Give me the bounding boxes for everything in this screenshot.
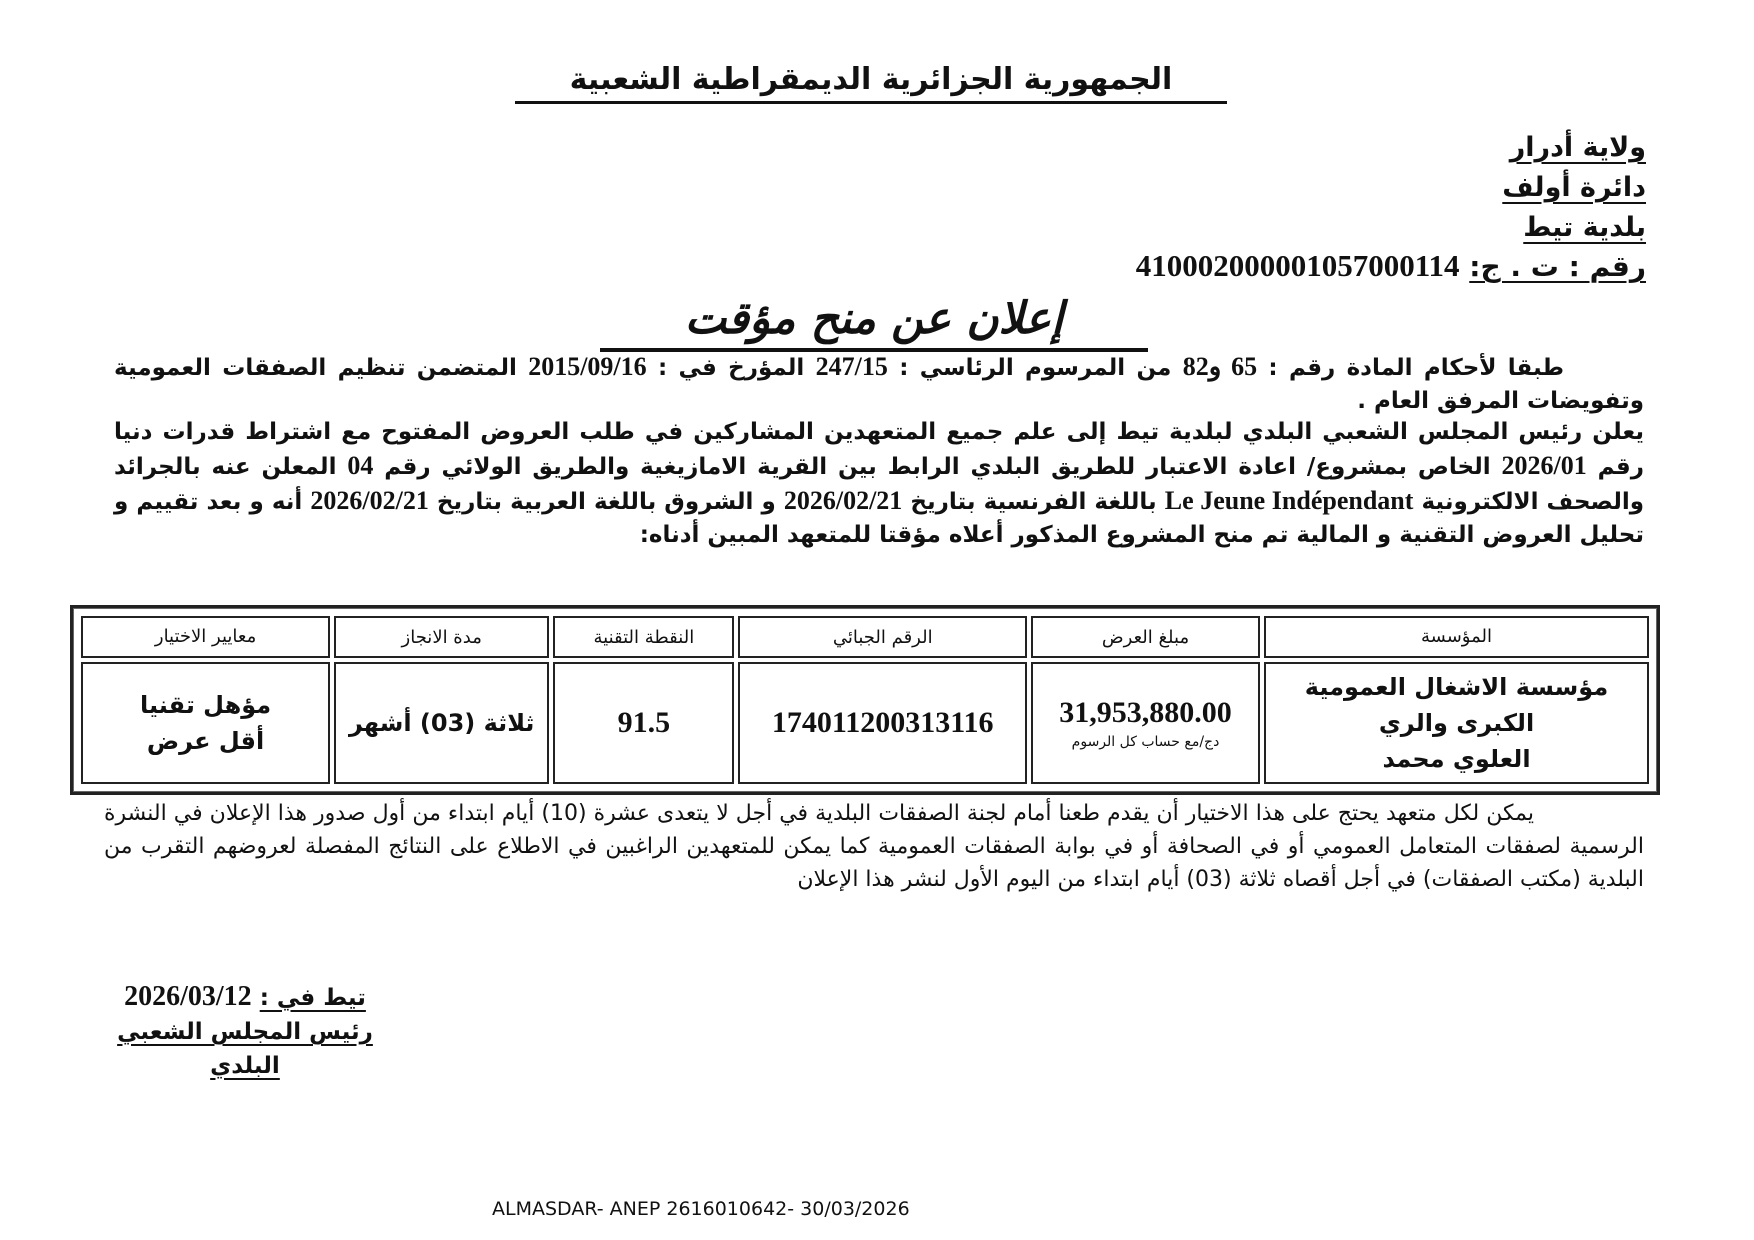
wilaya-label: ولاية أدرار <box>1502 128 1646 168</box>
signature-date: 2026/03/12 <box>124 981 252 1012</box>
intro-text: طبقا لأحكام المادة رقم : <box>1257 355 1564 381</box>
announcement-page: الجمهورية الجزائرية الديمقراطية الشعبية … <box>0 0 1754 1240</box>
criteria-line: أقل عرض <box>84 723 327 759</box>
header-company: المؤسسة <box>1264 616 1649 658</box>
appeal-paragraph: يمكن لكل متعهد يحتج على هذا الاختيار أن … <box>104 797 1644 896</box>
decree-date: 2015/09/16 <box>528 352 646 381</box>
tax-id-value: 174011200313116 <box>772 706 994 739</box>
appeal-text: يمكن لكل متعهد يحتج على هذا الاختيار أن … <box>104 801 1644 892</box>
header-duration: مدة الانجاز <box>334 616 549 658</box>
tech-score-value: 91.5 <box>618 706 671 739</box>
publication-date-fr: 2026/02/21 <box>784 486 902 515</box>
amount-value: 31,953,880.00 <box>1059 696 1232 729</box>
award-table-frame: المؤسسة مبلغ العرض الرقم الجبائي النقطة … <box>70 605 1660 795</box>
cell-criteria: مؤهل تقنيا أقل عرض <box>81 662 330 784</box>
intro-text: من المرسوم الرئاسي : <box>888 355 1183 381</box>
publication-footer: ALMASDAR- ANEP 2616010642- 30/03/2026 <box>492 1198 910 1220</box>
award-table: المؤسسة مبلغ العرض الرقم الجبائي النقطة … <box>77 612 1653 788</box>
intro-text: المؤرخ في : <box>647 355 816 381</box>
header-tech-score: النقطة التقنية <box>553 616 734 658</box>
cell-amount: 31,953,880.00 دج/مع حساب كل الرسوم <box>1031 662 1260 784</box>
road-number: 04 <box>347 451 373 480</box>
reference-label: رقم : ت . ج: <box>1469 250 1646 283</box>
commune-label: بلدية تيط <box>1502 208 1646 248</box>
daira-label: دائرة أولف <box>1502 168 1646 208</box>
cell-company: مؤسسة الاشغال العمومية الكبرى والري العل… <box>1264 662 1649 784</box>
articles-value: 65 و82 <box>1183 352 1257 381</box>
company-name-line: مؤسسة الاشغال العمومية <box>1267 669 1646 705</box>
body-paragraph: يعلن رئيس المجلس الشعبي البلدي لبلدية تي… <box>114 416 1644 552</box>
signer-title: رئيس المجلس الشعبي البلدي <box>90 1015 400 1083</box>
header-criteria: معايير الاختيار <box>81 616 330 658</box>
reference-number: رقم : ت . ج: 410002000001057000114 <box>1136 248 1646 284</box>
company-name-line: العلوي محمد <box>1267 741 1646 777</box>
signature-block: تيط في : 2026/03/12 رئيس المجلس الشعبي ا… <box>90 980 400 1083</box>
header-amount: مبلغ العرض <box>1031 616 1260 658</box>
body-text: الخاص بمشروع/ اعادة الاعتبار للطريق البل… <box>373 454 1501 480</box>
body-text: باللغة الفرنسية بتاريخ <box>902 489 1164 515</box>
criteria-line: مؤهل تقنيا <box>84 687 327 723</box>
decree-number: 247/15 <box>816 352 888 381</box>
place-label: تيط في : <box>260 985 366 1011</box>
reference-value: 410002000001057000114 <box>1136 248 1460 283</box>
cell-duration: ثلاثة (03) أشهر <box>334 662 549 784</box>
tender-number: 2026/01 <box>1502 451 1587 480</box>
table-row: مؤسسة الاشغال العمومية الكبرى والري العل… <box>81 662 1649 784</box>
header-tax-id: الرقم الجبائي <box>738 616 1027 658</box>
cell-tax-id: 174011200313116 <box>738 662 1027 784</box>
newspaper-name: Le Jeune Indépendant <box>1165 486 1414 515</box>
company-name-line: الكبرى والري <box>1267 705 1646 741</box>
table-header-row: المؤسسة مبلغ العرض الرقم الجبائي النقطة … <box>81 616 1649 658</box>
body-text: و الشروق باللغة العربية بتاريخ <box>429 489 784 515</box>
page-title: إعلان عن منح مؤقت <box>600 290 1148 352</box>
cell-tech-score: 91.5 <box>553 662 734 784</box>
amount-note: دج/مع حساب كل الرسوم <box>1034 734 1257 750</box>
publication-date-ar: 2026/02/21 <box>310 486 428 515</box>
republic-heading: الجمهورية الجزائرية الديمقراطية الشعبية <box>515 62 1227 104</box>
administrative-header: ولاية أدرار دائرة أولف بلدية تيط <box>1502 128 1646 248</box>
intro-paragraph: طبقا لأحكام المادة رقم : 65 و82 من المرس… <box>114 350 1644 418</box>
